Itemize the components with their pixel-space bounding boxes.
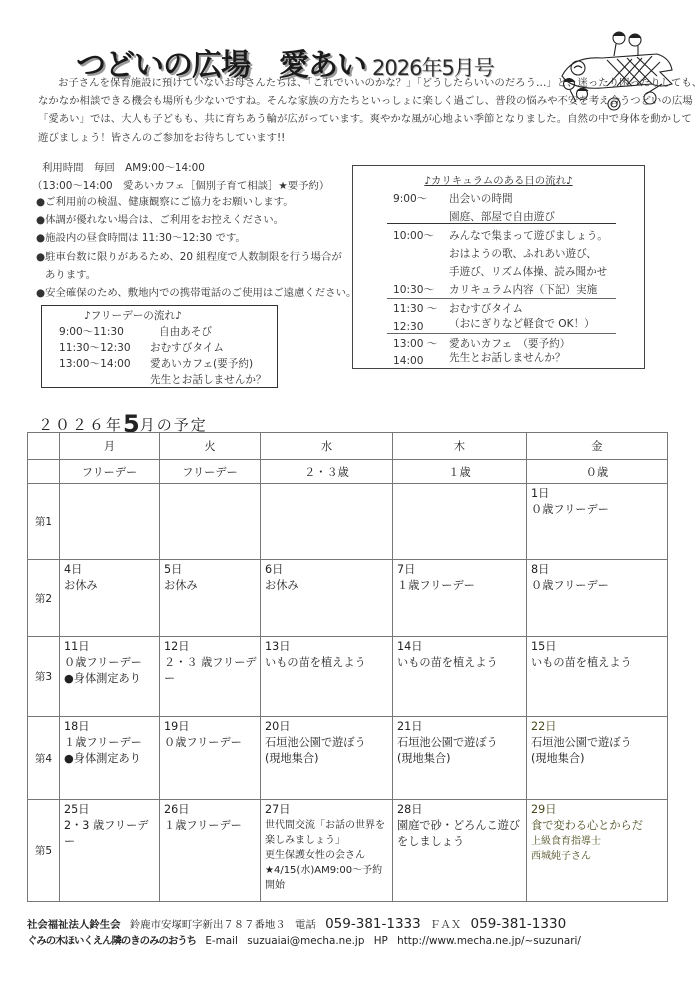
day-cell [160, 484, 261, 560]
day-cell [60, 484, 160, 560]
category-wed: ２・３歳 [261, 460, 393, 484]
weekday-header-row: 月 火 水 木 金 [28, 433, 668, 460]
monthly-schedule-table: 月 火 水 木 金 フリーデー フリーデー ２・３歳 １歳 ０歳 第1 1日 ０… [27, 432, 668, 902]
weekday-tue: 火 [160, 433, 261, 460]
intro-line: 「愛あい」では、大人も子どもも、共に育ちあう輪が広がっています。爽やかな風が心地… [38, 110, 662, 128]
week-row: 第4 18日 １歳フリーデー ●身体測定あり 19日 ０歳フリーデー 20日 石… [28, 717, 668, 800]
event-text: いもの苗を植えよう [397, 655, 523, 671]
day-cell: 29日 食で変わる心とからだ 上級食育指導士 西城純子さん [527, 800, 668, 902]
date-label: 14日 [397, 639, 523, 655]
week-row: 第5 25日 2・3 歳フリーデー 26日 １歳フリーデー 27日 世代間交流「… [28, 800, 668, 902]
event-text: ２・３ 歳フリーデー [164, 655, 257, 687]
event-text: (現地集合) [397, 751, 523, 767]
day-cell [261, 484, 393, 560]
event-text: 更生保護女性の会さん [265, 848, 389, 863]
day-cell: 5日 お休み [160, 560, 261, 637]
freeday-flow-box: ♪フリーデーの流れ♪ 9:00～11:30自由あそび 11:30～12:30おむ… [41, 305, 278, 388]
note-item: ●ご利用前の検温、健康観察にご協力をお願いします。 [36, 193, 356, 211]
day-cell: 13日 いもの苗を植えよう [261, 637, 393, 717]
divider [387, 223, 616, 224]
day-cell: 26日 １歳フリーデー [160, 800, 261, 902]
organization-name: 社会福祉法人鈴生会 [27, 919, 121, 931]
event-text: いもの苗を植えよう [531, 655, 664, 671]
address: 鈴鹿市安塚町字新出７８７番地３ [130, 919, 286, 931]
intro-line: なかなか相談できる機会も場所も少ないですね。そんな家族の方たちといっしょに楽しく… [38, 92, 662, 110]
date-label: 7日 [397, 562, 523, 578]
email-address[interactable]: suzuaiai@mecha.ne.jp [247, 935, 364, 947]
fax-number: 059-381-1330 [471, 916, 567, 932]
event-text: １歳フリーデー [397, 578, 523, 594]
date-label: 19日 [164, 719, 257, 735]
day-cell: 18日 １歳フリーデー ●身体測定あり [60, 717, 160, 800]
event-text: お休み [265, 578, 389, 594]
week-row: 第1 1日 ０歳フリーデー [28, 484, 668, 560]
week-row: 第2 4日 お休み 5日 お休み 6日 お休み 7日 １歳フリーデー 8日 ０歳… [28, 560, 668, 637]
event-text: お休み [164, 578, 257, 594]
date-label: 6日 [265, 562, 389, 578]
event-text: ０歳フリーデー [531, 502, 664, 518]
day-cell: 21日 石垣池公園で遊ぼう (現地集合) [393, 717, 527, 800]
event-text: １歳フリーデー [64, 735, 156, 751]
day-cell [393, 484, 527, 560]
event-text: 石垣池公園で遊ぼう [265, 735, 389, 751]
intro-line: 遊びましょう！皆さんのご参加をお待ちしています!! [38, 129, 662, 147]
event-text: 石垣池公園で遊ぼう [531, 735, 664, 751]
event-text: お休み [64, 578, 156, 594]
note-item: ●施設内の昼食時間は 11:30～12:30 です。 [36, 229, 356, 247]
event-text: いもの苗を植えよう [265, 655, 389, 671]
footer-web-line: ぐみの木ほいくえん隣のきのみのおうち E-mail suzuaiai@mecha… [27, 932, 587, 947]
opening-hours: 利用時間 毎回 AM9:00～14:00 [42, 159, 205, 174]
freeday-row: 13:00～14:00愛あいカフェ(要予約) [59, 356, 253, 373]
weekday-fri: 金 [527, 433, 668, 460]
day-cell: 28日 園庭で砂・どろんこ遊びをしましょう [393, 800, 527, 902]
day-cell: 20日 石垣池公園で遊ぼう (現地集合) [261, 717, 393, 800]
date-label: 28日 [397, 802, 523, 818]
category-header-row: フリーデー フリーデー ２・３歳 １歳 ０歳 [28, 460, 668, 484]
date-label: 4日 [64, 562, 156, 578]
week-label: 第4 [28, 717, 60, 800]
event-text: ０歳フリーデー [64, 655, 156, 671]
freeday-row: 先生とお話しませんか？ [59, 372, 267, 389]
note-item: ●駐車台数に限りがあるため、20 組程度で人数制限を行う場合が [36, 248, 356, 266]
tel-label: 電話 [295, 919, 316, 931]
day-cell: 15日 いもの苗を植えよう [527, 637, 668, 717]
weekday-wed: 水 [261, 433, 393, 460]
day-cell: 25日 2・3 歳フリーデー [60, 800, 160, 902]
corner-cell [28, 460, 60, 484]
weekday-thu: 木 [393, 433, 527, 460]
freeday-title: ♪フリーデーの流れ♪ [84, 308, 182, 325]
curriculum-title: ♪カリキュラムのある日の流れ♪ [353, 172, 644, 187]
event-text: 世代間交流「お話の世界を楽しみましょう」 [265, 818, 389, 848]
date-label: 18日 [64, 719, 156, 735]
event-text: ０歳フリーデー [164, 735, 257, 751]
date-label: 20日 [265, 719, 389, 735]
intro-line: お子さんを保育施設に預けていないお母さんたちは、「これでいいのかな？」「どうした… [38, 74, 662, 92]
curriculum-flow-box: ♪カリキュラムのある日の流れ♪ 9:00～出会いの時間 園庭、部屋で自由遊び 1… [352, 165, 645, 369]
day-cell: 27日 世代間交流「お話の世界を楽しみましょう」 更生保護女性の会さん ★4/1… [261, 800, 393, 902]
corner-cell [28, 433, 60, 460]
date-label: 8日 [531, 562, 664, 578]
event-text: 園庭で砂・どろんこ遊びをしましょう [397, 818, 523, 850]
day-cell: 1日 ０歳フリーデー [527, 484, 668, 560]
event-text: 石垣池公園で遊ぼう [397, 735, 523, 751]
note-item: ●安全確保のため、敷地内での携帯電話のご使用はご遠慮ください。 [36, 284, 356, 302]
day-cell: 8日 ０歳フリーデー [527, 560, 668, 637]
category-tue: フリーデー [160, 460, 261, 484]
category-thu: １歳 [393, 460, 527, 484]
day-cell: 4日 お休み [60, 560, 160, 637]
week-label: 第1 [28, 484, 60, 560]
weekday-mon: 月 [60, 433, 160, 460]
freeday-row: 11:30～12:30おむすびタイム [59, 340, 224, 357]
date-label: 12日 [164, 639, 257, 655]
note-item-continued: あります。 [36, 266, 356, 284]
event-text: ●身体測定あり [64, 671, 156, 687]
date-label: 29日 [531, 802, 664, 818]
date-label: 26日 [164, 802, 257, 818]
notes-list: ●ご利用前の検温、健康観察にご協力をお願いします。 ●体調が優れない場合は、ご利… [36, 193, 356, 302]
date-label: 21日 [397, 719, 523, 735]
freeday-row: 9:00～11:30自由あそび [59, 324, 212, 341]
event-text: 西城純子さん [531, 849, 664, 864]
day-cell: 22日 石垣池公園で遊ぼう (現地集合) [527, 717, 668, 800]
event-text: (現地集合) [531, 751, 664, 767]
facility-name: ぐみの木ほいくえん隣のきのみのおうち [27, 935, 196, 947]
tel-number: 059-381-1333 [325, 916, 421, 932]
category-fri: ０歳 [527, 460, 668, 484]
event-text: ●身体測定あり [64, 751, 156, 767]
date-label: 27日 [265, 802, 389, 818]
fax-label: ＦＡＸ [430, 919, 461, 931]
intro-paragraph: お子さんを保育施設に預けていないお母さんたちは、「これでいいのかな？」「どうした… [38, 74, 662, 147]
week-row: 第3 11日 ０歳フリーデー ●身体測定あり 12日 ２・３ 歳フリーデー 13… [28, 637, 668, 717]
day-cell: 12日 ２・３ 歳フリーデー [160, 637, 261, 717]
day-cell: 14日 いもの苗を植えよう [393, 637, 527, 717]
date-label: 22日 [531, 719, 664, 735]
event-text: (現地集合) [265, 751, 389, 767]
event-text: 上級食育指導士 [531, 834, 664, 849]
day-cell: 7日 １歳フリーデー [393, 560, 527, 637]
footer-contact-line: 社会福祉法人鈴生会 鈴鹿市安塚町字新出７８７番地３ 電話 059-381-133… [27, 916, 572, 932]
week-label: 第3 [28, 637, 60, 717]
divider [387, 333, 616, 334]
homepage-url[interactable]: http://www.mecha.ne.jp/~suzunari/ [397, 935, 581, 947]
email-label: E-mail [205, 935, 238, 947]
day-cell: 19日 ０歳フリーデー [160, 717, 261, 800]
week-label: 第5 [28, 800, 60, 902]
divider [387, 298, 616, 299]
date-label: 5日 [164, 562, 257, 578]
event-text: 食で変わる心とからだ [531, 818, 664, 834]
date-label: 1日 [531, 486, 664, 502]
date-label: 13日 [265, 639, 389, 655]
week-label: 第2 [28, 560, 60, 637]
event-text: ★4/15(水)AM9:00～予約開始 [265, 863, 389, 893]
day-cell: 11日 ０歳フリーデー ●身体測定あり [60, 637, 160, 717]
event-text: １歳フリーデー [164, 818, 257, 834]
category-mon: フリーデー [60, 460, 160, 484]
homepage-label: HP [374, 935, 388, 947]
event-text: ０歳フリーデー [531, 578, 664, 594]
note-item: ●体調が優れない場合は、ご利用をお控えください。 [36, 211, 356, 229]
day-cell: 6日 お休み [261, 560, 393, 637]
event-text: 2・3 歳フリーデー [64, 818, 156, 850]
cafe-note: （13:00～14:00 愛あいカフェ［個別子育て相談］★要予約） [32, 177, 329, 192]
date-label: 15日 [531, 639, 664, 655]
date-label: 11日 [64, 639, 156, 655]
date-label: 25日 [64, 802, 156, 818]
